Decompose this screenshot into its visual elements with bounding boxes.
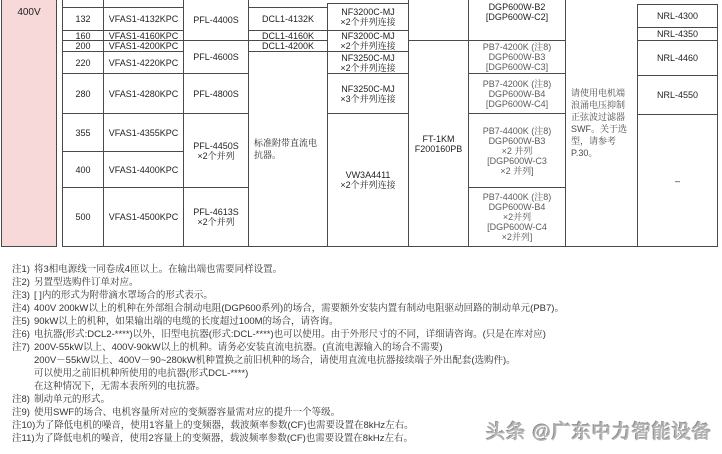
- cell-model-4280: VFAS1-4280KPC: [103, 74, 183, 114]
- cell-pb7-4200k-b4: PB7-4200K (注8) DGP600W-B4 [DGP600W-C4]: [468, 74, 565, 114]
- cell-mccb-nf3250c-2: NF3250C-MJ ×3个并列连接: [327, 74, 408, 114]
- cell-model-4220: VFAS1-4220KPC: [103, 52, 183, 74]
- footnote-label: 注9): [12, 406, 34, 419]
- footnote-label: [12, 354, 34, 367]
- cell-pb7-4400k-b4: PB7-4400K (注8) DGP600W-B4 ×2并列 [DGP600W-…: [468, 188, 565, 247]
- footnote-label: [12, 367, 34, 380]
- cell-mccb-vw3a4411: VW3A4411 ×2个并列连接: [327, 114, 408, 247]
- cell-mccb-nf3200c-1: NF3200C-MJ ×2个并列连接: [327, 3, 408, 31]
- cell-kw-132: 132: [62, 7, 103, 31]
- footnote-text: [ ]内的形式为附带滴水罩场合的形式表示。: [34, 289, 718, 302]
- cell-dcl-4200k: DCL1-4200K: [248, 41, 327, 52]
- cell-nrl-dash: –: [637, 115, 718, 247]
- footnote-text: 在这种情况下，无需本表所列的电抗器。: [34, 380, 718, 393]
- cell-kw-280: 280: [62, 74, 103, 114]
- footnote-label: 注7): [12, 341, 34, 354]
- cell-model-4500: VFAS1-4500KPC: [103, 188, 183, 247]
- cell-ft-1km: FT-1KM F200160PB: [408, 41, 468, 247]
- footnote-text: 200V－55kW以上、400V－90~280kW机种置换之前旧机种的场合，请使…: [34, 354, 718, 367]
- cell-mccb-nf3250c-1: NF3250C-MJ ×2个并列连接: [327, 52, 408, 74]
- footnote-text: 将3相电源线一同卷成4匝以上。在输出端也需要同样设置。: [34, 263, 718, 276]
- cell-pb7-4400k-b3: PB7-4400K (注8) DGP600W-B3 ×2 并列 [DGP600W…: [468, 114, 565, 188]
- cell-nrl-4460: NRL-4460: [637, 41, 718, 76]
- footnote-text: 制动单元的形式。: [34, 393, 718, 406]
- footnote-5: 注5)90kW以上的机种，如果输出端的电缆的长度超过100M的场合，请咨询。: [12, 315, 718, 328]
- footnote-text: 电抗器(形式:DCL2-****)以外，旧型电抗器(形式:DCL-****)也可…: [34, 328, 718, 341]
- cell-pfl-4400s: PFL-4400S: [183, 0, 248, 41]
- cell-dcl-standard-note: 标准附带直流电抗器。: [248, 52, 327, 247]
- footnote-7-cont-3: 在这种情况下，无需本表所列的电抗器。: [12, 380, 718, 393]
- cell-kw-355: 355: [62, 114, 103, 152]
- footnote-label: [12, 380, 34, 393]
- cell-swf-note: 请使用电机端浪涌电压抑制正弦波过滤器SWF。关于选型，请参考P.30。: [565, 0, 637, 247]
- cell-pfl-4450s: PFL-4450S ×2个并列: [183, 114, 248, 188]
- footnote-text: 另置型选购件订单对应。: [34, 276, 718, 289]
- cell-kw-400: 400: [62, 152, 103, 188]
- spec-table: 400V 132 160 200 220 280 355 400 500 VFA…: [0, 0, 722, 248]
- cell-model-4160: VFAS1-4160KPC: [103, 31, 183, 41]
- footnote-label: 注6): [12, 328, 34, 341]
- cell-kw-220: 220: [62, 52, 103, 74]
- footnote-text: 200V-55kW以上、400V-90kW以上的机种。请务必安装直流电抗器。(直…: [34, 341, 718, 354]
- cell-kw-160: 160: [62, 31, 103, 41]
- cell-pfl-4613s: PFL-4613S ×2个并列: [183, 188, 248, 247]
- footnote-text: 90kW以上的机种，如果输出端的电缆的长度超过100M的场合，请咨询。: [34, 315, 718, 328]
- footnote-label: 注4): [12, 302, 34, 315]
- footnote-text: 可以使用之前旧机种所使用的电抗器(形式DCL-****): [34, 367, 718, 380]
- cell-dcl-top-strip: [248, 0, 327, 7]
- footnote-label: 注2): [12, 276, 34, 289]
- footnote-6: 注6)电抗器(形式:DCL2-****)以外，旧型电抗器(形式:DCL-****…: [12, 328, 718, 341]
- footnote-label: 注10): [12, 419, 35, 432]
- cell-nrl-4550: NRL-4550: [637, 76, 718, 115]
- cell-nrl-4350: NRL-4350: [637, 28, 718, 41]
- footnote-2: 注2)另置型选购件订单对应。: [12, 276, 718, 289]
- footnote-1: 注1)将3相电源线一同卷成4匝以上。在输出端也需要同样设置。: [12, 263, 718, 276]
- cell-model-4200: VFAS1-4200KPC: [103, 41, 183, 52]
- cell-pb7-4200k-b3: PB7-4200K (注8) DGP600W-B3 [DGP600W-C3]: [468, 41, 565, 74]
- cell-model-top-strip: [103, 0, 183, 7]
- page: 400V 132 160 200 220 280 355 400 500 VFA…: [0, 0, 722, 454]
- cell-model-4400: VFAS1-4400KPC: [103, 152, 183, 188]
- watermark-toutiao: 头条 @广东中力智能设备: [486, 417, 712, 444]
- cell-pfl-4600s: PFL-4600S: [183, 41, 248, 74]
- cell-kw-200: 200: [62, 41, 103, 52]
- cell-nrl-4300: NRL-4300: [637, 4, 718, 28]
- cell-pfl-4800s: PFL-4800S: [183, 74, 248, 114]
- footnote-8: 注8)制动单元的形式。: [12, 393, 718, 406]
- cell-kw-500: 500: [62, 188, 103, 247]
- cell-kw-top-strip: [62, 0, 103, 7]
- footnote-label: 注1): [12, 263, 34, 276]
- footnote-7: 注7)200V-55kW以上、400V-90kW以上的机种。请务必安装直流电抗器…: [12, 341, 718, 354]
- footnote-7-cont-1: 200V－55kW以上、400V－90~280kW机种置换之前旧机种的场合，请使…: [12, 354, 718, 367]
- footnote-3: 注3)[ ]内的形式为附带滴水罩场合的形式表示。: [12, 289, 718, 302]
- cell-model-4132: VFAS1-4132KPC: [103, 7, 183, 31]
- footnote-text: 400V 200kW以上的机种在外部组合制动电阻(DGP600系列)的场合，需要…: [34, 302, 718, 315]
- cell-dcl-4160k: DCL1-4160K: [248, 31, 327, 41]
- cell-mccb-nf3200c-2: NF3200C-MJ ×2个并列连接: [327, 31, 408, 52]
- footnote-4: 注4)400V 200kW以上的机种在外部组合制动电阻(DGP600系列)的场合…: [12, 302, 718, 315]
- cell-ft-empty: [408, 0, 468, 41]
- footnote-label: 注5): [12, 315, 34, 328]
- cell-model-4355: VFAS1-4355KPC: [103, 114, 183, 152]
- footnote-label: 注3): [12, 289, 34, 302]
- footnote-label: 注11): [12, 432, 35, 445]
- footnote-7-cont-2: 可以使用之前旧机种所使用的电抗器(形式DCL-****): [12, 367, 718, 380]
- cell-dgp600w-b2: DGP600W-B2 [DGP600W-C2]: [468, 0, 565, 41]
- cell-dcl-4132k: DCL1-4132K: [248, 7, 327, 31]
- footnote-label: 注8): [12, 393, 34, 406]
- cell-voltage-class: 400V: [1, 0, 57, 247]
